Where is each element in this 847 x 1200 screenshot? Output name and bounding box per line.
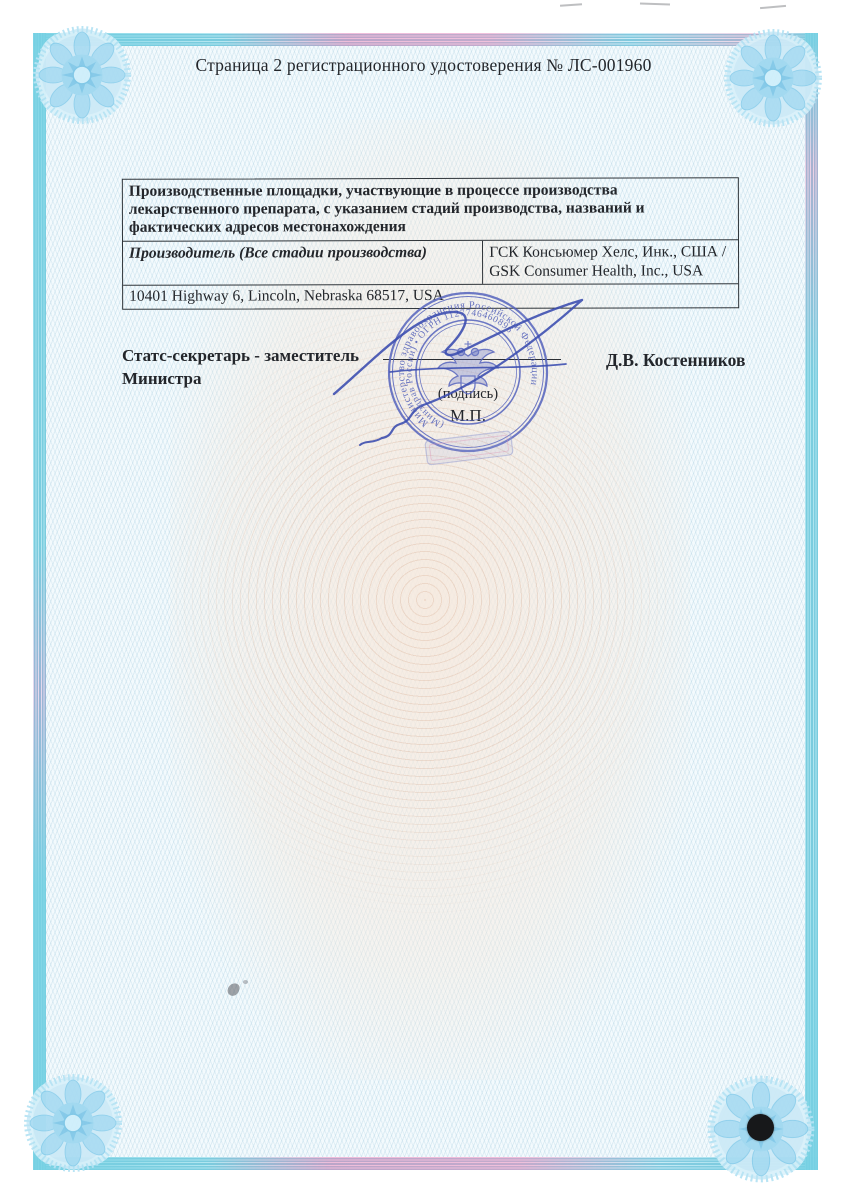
border-band-top xyxy=(33,33,818,46)
scan-scratch xyxy=(640,2,670,5)
scan-speck xyxy=(243,980,248,984)
table-header-cell: Производственные площадки, участвующие в… xyxy=(123,178,738,242)
date-overstamp xyxy=(425,431,513,465)
signatory-position-line2: Министра xyxy=(122,368,359,391)
certificate-page: Страница 2 регистрационного удостоверени… xyxy=(0,0,847,1200)
border-band-right xyxy=(805,33,818,1170)
guilloche-rosette-top-right-icon xyxy=(717,22,829,134)
hole-punch-dot xyxy=(747,1114,774,1141)
border-band-left xyxy=(33,33,46,1170)
signatory-position: Статс-секретарь - заместитель Министра xyxy=(122,345,359,390)
scan-scratch xyxy=(560,3,582,6)
page-header: Страница 2 регистрационного удостоверени… xyxy=(0,55,847,76)
signatory-position-line1: Статс-секретарь - заместитель xyxy=(122,345,359,368)
scan-scratch xyxy=(760,5,786,9)
guilloche-rosette-bottom-left-icon xyxy=(17,1067,129,1179)
ministry-seal-stamp: Министерство здравоохранения Российской … xyxy=(330,252,610,487)
signatory-name: Д.В. Костенников xyxy=(606,350,751,371)
